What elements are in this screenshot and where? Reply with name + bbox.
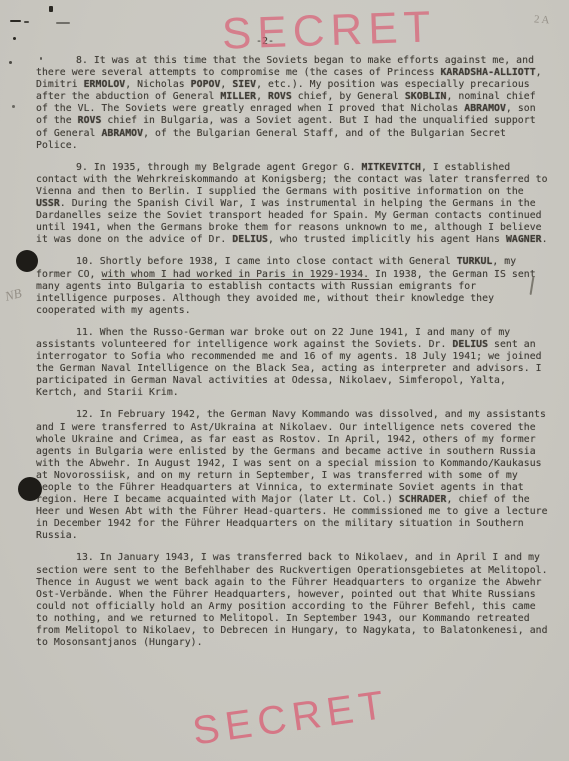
ink-blot — [18, 477, 42, 501]
ink-speck — [49, 6, 53, 12]
secret-stamp-top: SECRET — [221, 2, 437, 59]
ink-speck — [12, 105, 15, 108]
ink-blot — [16, 250, 38, 272]
document-body: 8. It was at this time that the Soviets … — [36, 55, 552, 659]
paragraph-10: 10. Shortly before 1938, I came into clo… — [36, 256, 552, 316]
ink-speck — [24, 21, 29, 23]
ink-speck — [13, 37, 16, 40]
paragraph-12: 12. In February 1942, the German Navy Ko… — [36, 409, 552, 542]
document-page: -2- 2A 8. It was at this time that the S… — [0, 0, 569, 761]
margin-note-nb: NB — [3, 285, 23, 305]
ink-speck — [56, 22, 70, 24]
paragraph-13: 13. In January 1943, I was transferred b… — [36, 552, 552, 649]
corner-annotation: 2A — [534, 13, 552, 26]
page-number: -2- — [256, 36, 274, 47]
ink-speck — [9, 61, 12, 64]
paragraph-9: 9. In 1935, through my Belgrade agent Gr… — [36, 162, 552, 247]
secret-stamp-bottom: SECRET — [190, 682, 393, 754]
ink-speck — [10, 20, 21, 22]
paragraph-8: 8. It was at this time that the Soviets … — [36, 55, 552, 152]
paragraph-11: 11. When the Russo-German war broke out … — [36, 327, 552, 400]
